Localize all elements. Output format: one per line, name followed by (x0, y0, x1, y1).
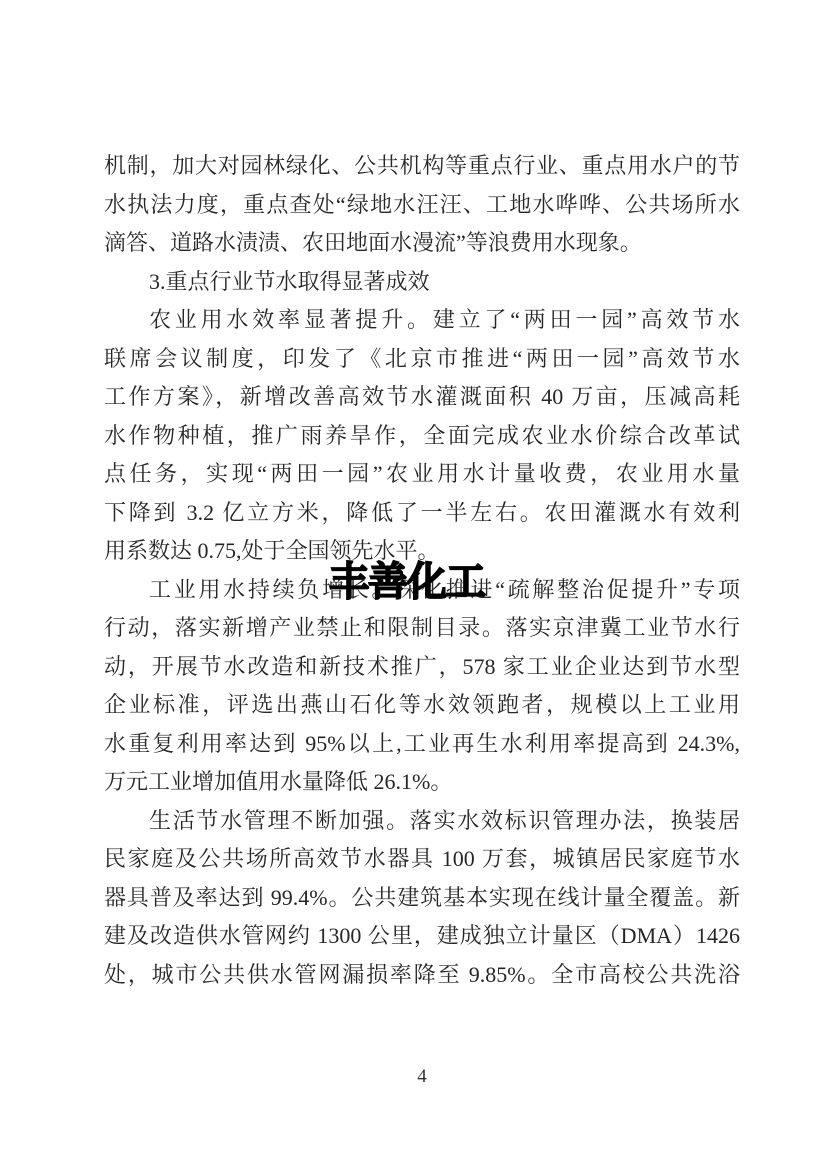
text-line: 处，城市公共供水管网漏损率降至 9.85%。全市高校公共洗浴 (104, 956, 740, 995)
text-line: 点任务，实现“两田一园”农业用水计量收费，农业用水量 (104, 455, 740, 494)
text-line: 行动，落实新增产业禁止和限制目录。落实京津冀工业节水行 (104, 609, 740, 648)
text-line: 联席会议制度，印发了《北京市推进“两田一园”高效节水 (104, 340, 740, 379)
watermark-text: 丰善化工 (329, 560, 485, 604)
text-line: 下降到 3.2 亿立方米，降低了一半左右。农田灌溉水有效利 (104, 494, 740, 533)
text-line: 水重复利用率达到 95%以上,工业再生水利用率提高到 24.3%, (104, 725, 740, 764)
text-line: 万元工业增加值用水量降低 26.1%。 (104, 763, 740, 802)
text-line: 机制，加大对园林绿化、公共机构等重点行业、重点用水户的节 (104, 147, 740, 186)
text-line: 企业标准，评选出燕山石化等水效领跑者，规模以上工业用 (104, 686, 740, 725)
text-line: 生活节水管理不断加强。落实水效标识管理办法，换装居 (104, 802, 740, 841)
page-number: 4 (0, 1066, 827, 1088)
text-line: 民家庭及公共场所高效节水器具 100 万套，城镇居民家庭节水 (104, 840, 740, 879)
document-page: 机制，加大对园林绿化、公共机构等重点行业、重点用水户的节水执法力度，重点查处“绿… (0, 0, 827, 1169)
text-line: 水作物种植，推广雨养旱作，全面完成农业水价综合改革试 (104, 417, 740, 456)
text-line: 工作方案》，新增改善高效节水灌溉面积 40 万亩，压减高耗 (104, 378, 740, 417)
text-line: 农业用水效率显著提升。建立了“两田一园”高效节水 (104, 301, 740, 340)
text-line: 3.重点行业节水取得显著成效 (104, 263, 740, 302)
text-line: 器具普及率达到 99.4%。公共建筑基本实现在线计量全覆盖。新 (104, 879, 740, 918)
text-line: 水执法力度，重点查处“绿地水汪汪、工地水哗哗、公共场所水 (104, 186, 740, 225)
text-line: 滴答、道路水渍渍、农田地面水漫流”等浪费用水现象。 (104, 224, 740, 263)
text-line: 动，开展节水改造和新技术推广，578 家工业企业达到节水型 (104, 648, 740, 687)
text-line: 建及改造供水管网约 1300 公里，建成独立计量区（DMA）1426 (104, 917, 740, 956)
